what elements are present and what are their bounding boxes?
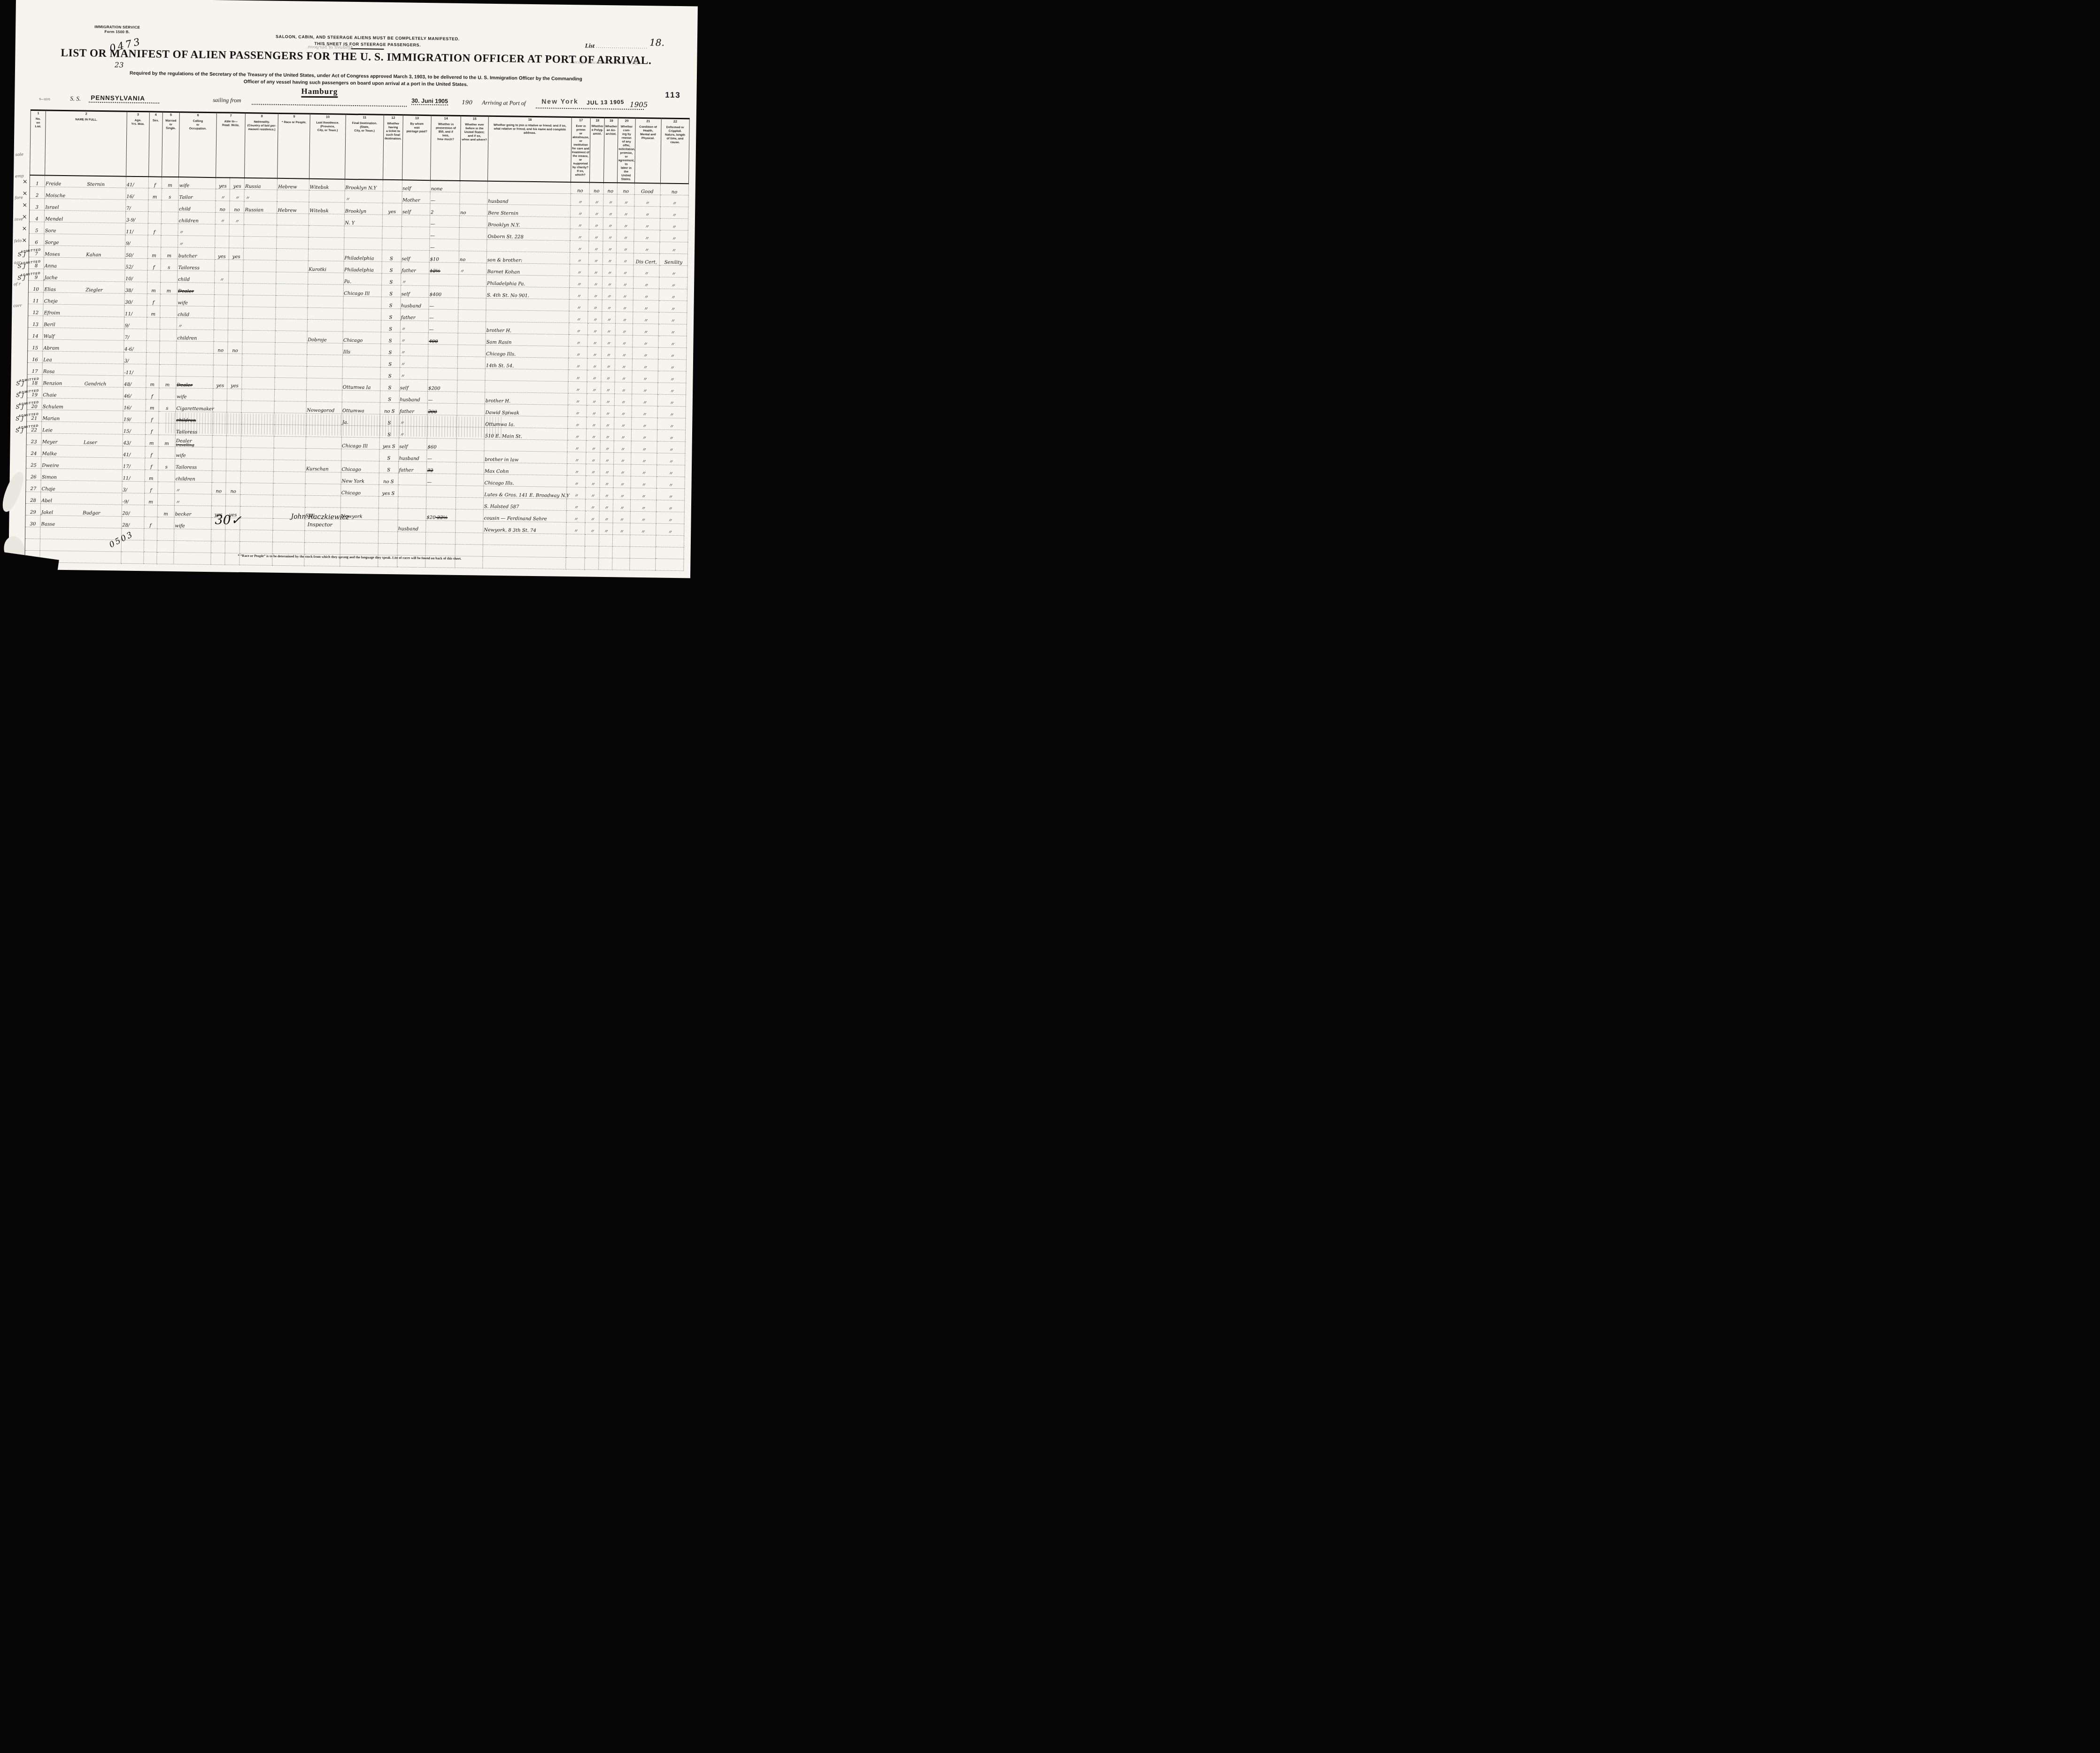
arrival-port-stamp: New York <box>541 98 579 105</box>
cell-p19: no <box>603 183 618 194</box>
ink-smudge-stamp <box>165 413 504 438</box>
cell-nat <box>243 319 276 331</box>
cell-age: 4-6∕ <box>124 340 147 353</box>
cell-no: ADMITTEDS J22 <box>26 422 42 433</box>
cell-name: BenzionGendrich <box>42 375 124 387</box>
cell-no: 12 <box>28 304 44 316</box>
cell-p18: 〃 <box>586 464 600 476</box>
cell-age: 3∕ <box>124 352 146 364</box>
cell-ticket: S <box>380 391 399 403</box>
cell-ticket: yes S <box>379 485 398 497</box>
cell-beforeus <box>458 286 486 299</box>
sailing-port-blank <box>252 104 407 107</box>
cell-race <box>274 472 306 484</box>
empty-cell <box>613 535 630 546</box>
cell-write: no <box>228 342 242 354</box>
cell-read: 〃 <box>216 189 230 201</box>
cell-p18: 〃 <box>587 393 601 405</box>
row-number: 30 <box>30 522 36 527</box>
table-header: 1No.onList.2NAME IN FULL.3Age.Yrs. Mos.4… <box>30 110 690 184</box>
given-name: Sorge <box>45 240 86 246</box>
given-name: Freide <box>46 182 87 187</box>
cell-deformed: 〃 <box>658 312 687 324</box>
column-label-line: Physical. <box>636 137 660 141</box>
cell-deformed: 〃 <box>656 477 685 489</box>
cell-health: Dis Cert, <box>633 254 659 266</box>
cell-age: 52∕ <box>125 258 147 270</box>
cell-p18: 〃 <box>588 276 602 288</box>
cell-dest <box>343 296 381 308</box>
cell-lastres <box>308 249 344 261</box>
cell-health: 〃 <box>633 324 658 336</box>
cell-age: 3-9∕ <box>125 211 148 223</box>
cell-race <box>274 460 306 472</box>
cell-no: ADMITTEDS J9 <box>29 269 44 281</box>
cell-health: 〃 <box>631 441 657 454</box>
cell-deformed: 〃 <box>656 512 684 524</box>
empty-cell <box>25 539 40 551</box>
cell-occ: children <box>175 470 212 483</box>
cell-occ: Dealer <box>177 283 214 295</box>
row-number: 5 <box>35 228 39 233</box>
cell-write: no <box>226 483 240 494</box>
cell-no: 24 <box>26 445 42 457</box>
column-number: 7 <box>217 114 245 119</box>
occupation-text: Dealer <box>177 383 193 388</box>
cell-age: 16∕ <box>123 399 146 411</box>
cell-nat <box>242 389 275 401</box>
cell-nat <box>243 272 276 284</box>
cell-name: Chaie <box>42 386 124 399</box>
money-amount: $200 <box>428 386 440 391</box>
cell-ticket: no S <box>379 473 398 485</box>
inspector-initials: S J <box>16 380 24 387</box>
cell-read: 〃 <box>215 213 230 224</box>
cell-money: — <box>429 309 458 322</box>
inspector-initials: S J <box>15 415 23 422</box>
cell-no: ×5 <box>29 222 45 234</box>
cell-p19: 〃 <box>602 265 617 277</box>
cell-marital <box>159 341 177 353</box>
cell-age: 28∕ <box>122 516 144 529</box>
occupation-text: children <box>179 218 199 224</box>
cell-no: ADMITTEDS J20 <box>27 398 42 410</box>
cell-race <box>276 308 308 320</box>
cell-p19: 〃 <box>600 441 614 453</box>
cell-money: $60 <box>427 438 456 451</box>
column-header-7: 7Able to—Read. Write. <box>216 113 246 178</box>
cell-write: 〃 <box>230 189 244 201</box>
ship-name: PENNSYLVANIA <box>89 94 159 104</box>
column-header-10: 10Last Residence.(Province,City, or Town… <box>309 114 346 179</box>
cell-ticket: S <box>382 250 401 262</box>
cell-p17: 〃 <box>569 335 588 347</box>
cell-read <box>214 307 228 318</box>
cell-lastres <box>305 472 341 484</box>
cell-lastres <box>307 354 342 367</box>
column-label-line: when and where? <box>461 138 487 142</box>
money-amount: $20 <box>426 515 435 520</box>
given-name: Chaje <box>42 487 83 492</box>
cell-sex: f <box>147 259 160 270</box>
column-label-line: Whether <box>605 125 618 129</box>
cell-ticket <box>378 520 398 532</box>
cell-lastres <box>306 378 342 390</box>
cell-health: 〃 <box>633 336 658 348</box>
cell-paidby <box>398 485 426 497</box>
occupation-text: child <box>178 277 190 282</box>
row-number: 18 <box>31 381 38 386</box>
cell-money <box>429 274 458 286</box>
empty-cell <box>304 542 340 554</box>
cell-age: 50∕ <box>125 246 147 259</box>
cell-beforeus <box>456 462 484 475</box>
margin-fragment: of r <box>14 282 23 287</box>
cell-read <box>212 459 226 471</box>
cell-p18: 〃 <box>586 499 600 511</box>
cell-race <box>277 225 309 238</box>
form-identifier: IMMIGRATION SERVICE Form 1500 B. <box>94 25 140 35</box>
cell-paidby <box>401 215 430 227</box>
cell-lastres <box>305 495 340 507</box>
cell-paidby: husband <box>399 391 428 403</box>
cell-race <box>276 261 308 273</box>
cell-health: 〃 <box>634 230 660 242</box>
cell-p18: 〃 <box>587 370 601 382</box>
row-number: 2 <box>36 193 39 198</box>
cell-race <box>275 378 307 390</box>
cell-p18: 〃 <box>589 206 603 217</box>
cell-p20: 〃 <box>614 429 632 441</box>
row-number: 6 <box>35 240 39 245</box>
cell-paidby: 〃 <box>400 368 428 380</box>
cell-money: — <box>426 474 456 486</box>
cell-name: Leie <box>42 422 123 434</box>
cell-marital <box>158 470 175 482</box>
cell-dest: New York <box>341 472 379 484</box>
cell-race <box>275 354 307 367</box>
cell-no: 26 <box>26 469 41 480</box>
cell-paidby: 〃 <box>401 274 429 286</box>
cell-p17: 〃 <box>570 241 589 253</box>
cell-race <box>274 448 306 461</box>
cell-no: 23 <box>26 433 42 445</box>
empty-cell <box>425 544 455 556</box>
money-amount-struck: 22½ <box>436 515 448 521</box>
handwritten-tally: 30✓ <box>215 513 241 528</box>
cell-paidby <box>401 238 430 251</box>
empty-cell <box>273 531 305 543</box>
cell-no: 27 <box>26 480 41 492</box>
cell-addr <box>487 239 570 252</box>
cell-p18: 〃 <box>587 382 601 393</box>
empty-cell <box>630 535 656 547</box>
cell-money: $10 <box>429 251 459 263</box>
column-label-line: a ticket to <box>384 130 402 133</box>
cell-lastres: Nowogorod <box>306 401 342 414</box>
column-header-2: 2NAME IN FULL. <box>45 110 127 176</box>
cell-paidby: self <box>402 180 431 192</box>
empty-cell <box>566 534 585 546</box>
column-label-line: by charity? <box>571 166 589 169</box>
cell-no: 15 <box>28 339 43 351</box>
cell-beforeus <box>458 322 486 334</box>
cell-deformed: 〃 <box>656 523 684 536</box>
cell-marital <box>160 294 178 306</box>
cell-addr: husband <box>487 192 571 205</box>
row-number: 25 <box>31 463 37 468</box>
cell-money <box>428 356 457 369</box>
cell-p20: 〃 <box>615 359 633 370</box>
cell-p17: 〃 <box>568 370 587 382</box>
column-label-line: for care and <box>572 147 590 151</box>
list-number-field: List .......................... 18. <box>585 38 664 51</box>
cell-beforeus <box>458 298 486 310</box>
cell-addr: Brooklyn N.Y. <box>487 216 570 229</box>
cell-dest: Ottumwa Ia <box>342 378 380 391</box>
cell-p20: 〃 <box>613 523 630 535</box>
cell-beforeus <box>459 239 487 252</box>
column-label-line: agreement, to <box>618 159 634 166</box>
cell-p17: 〃 <box>566 523 585 535</box>
column-label-line: labor in the <box>618 166 634 174</box>
cell-sex <box>148 200 161 212</box>
money-amount: — <box>431 198 435 203</box>
cell-nat <box>240 483 273 495</box>
given-name: Lea <box>43 358 85 363</box>
scanned-photo: IMMIGRATION SERVICE Form 1500 B. 0473 23… <box>0 0 700 584</box>
list-dots: .......................... <box>596 44 648 49</box>
column-header-4: 4Sex. <box>148 112 162 177</box>
given-name: Wulf <box>44 334 85 340</box>
cell-dest <box>343 320 381 332</box>
cell-dest <box>343 308 381 320</box>
row-number: 12 <box>32 310 39 315</box>
port-stamp: Hamburg <box>301 87 338 98</box>
cell-name: Beril <box>43 316 124 329</box>
column-label-line: Read. Write. <box>217 123 245 128</box>
cell-money: 200 <box>427 403 457 415</box>
empty-cell <box>239 542 272 554</box>
empty-cell <box>585 534 599 546</box>
table-body: ×1FreideSternin41∕fmwifeyesyesRussiaHebr… <box>25 175 689 571</box>
occupation-text: 〃 <box>175 488 180 493</box>
cell-no: 28 <box>25 492 41 504</box>
cell-age: 20∕ <box>122 505 144 517</box>
cell-deformed: 〃 <box>658 336 687 348</box>
cell-p19: 〃 <box>602 253 617 265</box>
cell-beforeus <box>457 369 485 381</box>
cell-p17: 〃 <box>569 288 588 300</box>
money-amount: — <box>428 398 433 403</box>
cell-read <box>213 389 227 400</box>
column-number: 17 <box>572 119 590 123</box>
cell-dest <box>344 238 382 250</box>
cell-read <box>215 224 230 236</box>
cell-deformed: 〃 <box>660 207 688 219</box>
surname: Gendrich <box>85 382 107 387</box>
cell-beforeus: no <box>459 251 486 263</box>
column-label-line: Married <box>163 119 179 123</box>
cell-read <box>213 400 227 412</box>
empty-cell <box>40 527 122 540</box>
inspector-initials: S J <box>16 404 24 410</box>
money-amount: 2 <box>431 210 434 215</box>
cell-money: 32 <box>426 462 456 474</box>
row-number: 13 <box>32 322 39 327</box>
cell-read: yes <box>215 248 229 260</box>
cell-ticket: S <box>380 356 400 368</box>
cell-read <box>213 365 228 377</box>
empty-cell <box>225 530 240 541</box>
cell-health: 〃 <box>631 418 657 430</box>
column-label-line: amist. <box>591 132 604 136</box>
cell-p18: 〃 <box>589 194 603 206</box>
manifest-table: 1No.onList.2NAME IN FULL.3Age.Yrs. Mos.4… <box>24 109 690 571</box>
cell-p20: 〃 <box>613 476 631 488</box>
cell-p19: 〃 <box>602 241 617 253</box>
inspector-initials: S J <box>16 392 24 399</box>
cell-p17: no <box>571 182 590 194</box>
given-name: Beril <box>44 323 85 328</box>
cell-p20: 〃 <box>614 406 632 417</box>
cell-sex <box>147 270 160 282</box>
column-label-line: Final Destination. <box>346 122 383 126</box>
empty-cell <box>656 535 684 547</box>
cell-marital <box>157 517 174 529</box>
cell-p17: 〃 <box>567 476 586 488</box>
year-190-label: 190 <box>462 99 472 106</box>
given-name: Meyer <box>42 440 84 446</box>
empty-cell <box>174 529 211 541</box>
cell-p18: 〃 <box>589 241 603 253</box>
cell-no: ADMITTEDS J18 <box>27 375 43 386</box>
cell-ticket: S <box>381 344 400 356</box>
cell-marital: m <box>160 282 178 294</box>
cell-sex <box>147 317 160 329</box>
cell-deformed: 〃 <box>658 324 687 336</box>
money-amount: 400 <box>429 339 438 344</box>
empty-cell <box>144 540 157 552</box>
cell-race <box>276 284 308 296</box>
cell-ticket: S <box>380 379 400 392</box>
cell-dest <box>342 367 381 379</box>
cell-occ: child <box>178 271 215 283</box>
cell-occ <box>176 365 213 377</box>
row-number: 28 <box>30 498 36 503</box>
inspector-title: Inspector <box>291 521 349 528</box>
cell-paidby: husband <box>397 520 426 532</box>
cell-marital <box>157 493 175 505</box>
cell-marital <box>161 235 178 247</box>
cell-p18: no <box>590 182 604 194</box>
cell-addr: Bere Sternin <box>487 204 570 217</box>
cell-deformed: no <box>660 183 689 195</box>
cell-dest: Chicago Ill <box>341 437 380 449</box>
cell-beforeus <box>458 333 486 346</box>
occupation-text: children <box>178 336 197 341</box>
empty-cell <box>157 540 174 552</box>
given-name: Abram <box>43 346 85 352</box>
column-label-line: or institution <box>572 139 590 147</box>
cell-addr: Max Cohn <box>484 462 567 475</box>
money-amount: 200 <box>428 409 437 415</box>
cell-p20: 〃 <box>615 394 632 406</box>
column-number: 21 <box>636 120 660 124</box>
cell-occ: 〃 <box>175 482 212 494</box>
arrival-blank <box>536 108 644 110</box>
cell-beforeus <box>456 474 484 486</box>
cell-deformed: 〃 <box>660 195 688 207</box>
empty-cell <box>630 547 656 559</box>
cell-addr: S. Halsted 587 <box>483 498 566 510</box>
cell-deformed: 〃 <box>659 289 687 301</box>
column-label-line: manent residence.) <box>246 128 278 132</box>
x-mark: × <box>23 178 28 185</box>
column-number: 3 <box>128 113 149 117</box>
empty-cell <box>174 541 211 553</box>
cell-p18: 〃 <box>589 229 603 241</box>
cell-money <box>426 497 456 509</box>
cell-sex: m <box>148 188 161 200</box>
cell-read: no <box>213 342 228 354</box>
cell-p19: 〃 <box>599 511 613 523</box>
column-label-line: Yrs. Mos. <box>127 122 148 126</box>
cell-sex <box>146 341 159 353</box>
cell-no: ×6 <box>29 234 45 246</box>
column-label-line: of any offer, <box>618 140 634 147</box>
cell-beforeus <box>456 486 484 498</box>
cell-p19: 〃 <box>602 300 616 312</box>
cell-deformed: 〃 <box>657 371 686 383</box>
cell-name: Mendel <box>45 210 126 223</box>
cell-ticket: S <box>381 285 401 298</box>
cell-p19: 〃 <box>601 370 615 382</box>
cell-p20: 〃 <box>616 288 633 300</box>
empty-cell <box>157 529 174 540</box>
cell-sex <box>146 364 159 376</box>
cell-money: none <box>430 180 460 192</box>
cell-age: 3∕ <box>122 481 145 493</box>
cell-p17: 〃 <box>566 511 586 523</box>
cell-money: 400 <box>428 333 458 345</box>
arrival-year-handwritten: 1905 <box>630 100 648 109</box>
column-number: 11 <box>346 116 383 121</box>
cell-paidby <box>398 497 426 509</box>
cell-beforeus <box>460 181 487 193</box>
given-name: Jakel <box>41 510 83 516</box>
cell-marital <box>159 364 177 376</box>
margin-fragment: sole <box>15 152 25 157</box>
cell-p20: 〃 <box>617 218 634 230</box>
row-number: 17 <box>32 369 38 374</box>
surname: Kahan <box>86 253 101 258</box>
cell-p18: 〃 <box>586 452 600 464</box>
column-number: 5 <box>163 114 179 118</box>
cell-write: 〃 <box>230 213 244 224</box>
row-number: 4 <box>35 216 39 222</box>
cell-p17: 〃 <box>570 253 589 265</box>
cell-name: Jache <box>44 269 125 282</box>
cell-money: — <box>430 192 460 204</box>
cell-dest: Ottumwa <box>342 402 380 414</box>
given-name: Chaie <box>43 393 84 399</box>
cell-deformed: 〃 <box>659 242 688 254</box>
cell-money: — <box>428 321 458 333</box>
cell-sex <box>147 235 161 247</box>
cell-money: $400 <box>429 286 458 298</box>
form-number: Form 1500 B. <box>94 30 140 35</box>
